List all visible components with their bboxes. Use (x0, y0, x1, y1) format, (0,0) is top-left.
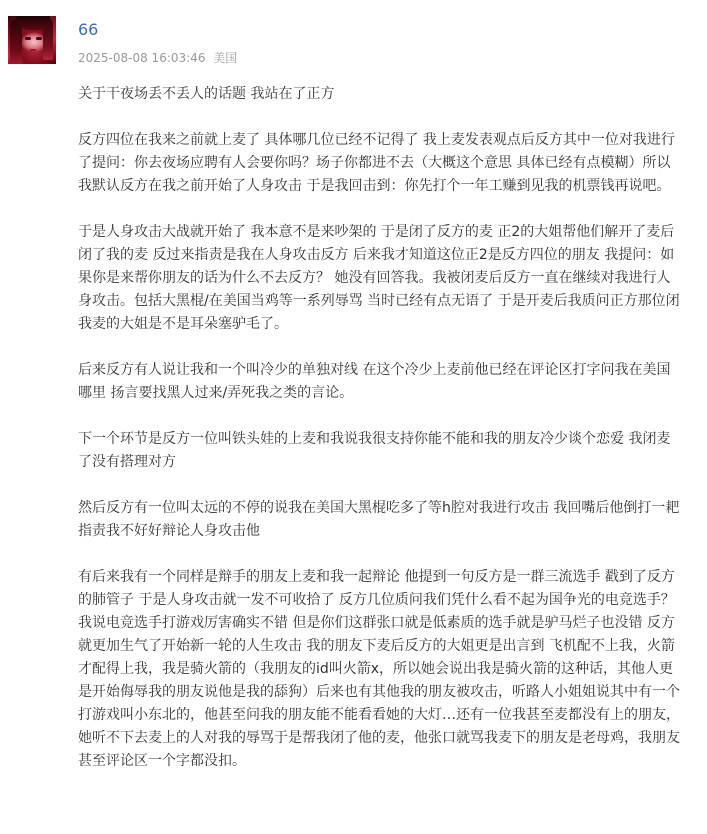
timestamp: 2025-08-08 16:03:46 (78, 51, 205, 65)
paragraph: 然后反方有一位叫太远的不停的说我在美国大黑棍吃多了等h腔对我进行攻击 我回嘴后他… (78, 497, 682, 543)
avatar-lips (30, 49, 36, 51)
paragraph: 下一个环节是反方一位叫铁头娃的上麦和我说我很支持你能不能和我的朋友冷少谈个恋爱 … (78, 428, 682, 474)
paragraph: 后来反方有人说让我和一个叫冷少的单独对线 在这个冷少上麦前他已经在评论区打字问我… (78, 359, 682, 405)
comment-meta: 2025-08-08 16:03:46 美国 (78, 50, 237, 66)
username-link[interactable]: 66 (78, 20, 98, 40)
avatar-eye-left (25, 37, 31, 40)
avatar[interactable] (8, 16, 56, 64)
paragraph: 关于干夜场丢不丢人的话题 我站在了正方 (78, 83, 682, 106)
paragraph: 反方四位在我来之前就上麦了 具体哪几位已经不记得了 我上麦发表观点后反方其中一位… (78, 129, 682, 198)
comment-item: 66 2025-08-08 16:03:46 美国 关于干夜场丢不丢人的话题 我… (0, 0, 707, 834)
ip-location: 美国 (213, 51, 237, 65)
paragraph: 于是人身攻击大战就开始了 我本意不是来吵架的 于是闭了反方的麦 正2的大姐帮他们… (78, 221, 682, 336)
comment-body: 关于干夜场丢不丢人的话题 我站在了正方 反方四位在我来之前就上麦了 具体哪几位已… (78, 83, 682, 773)
paragraph: 有后来我有一个同样是辩手的朋友上麦和我一起辩论 他提到一句反方是一群三流选手 戳… (78, 566, 682, 773)
avatar-eye-right (36, 37, 42, 40)
